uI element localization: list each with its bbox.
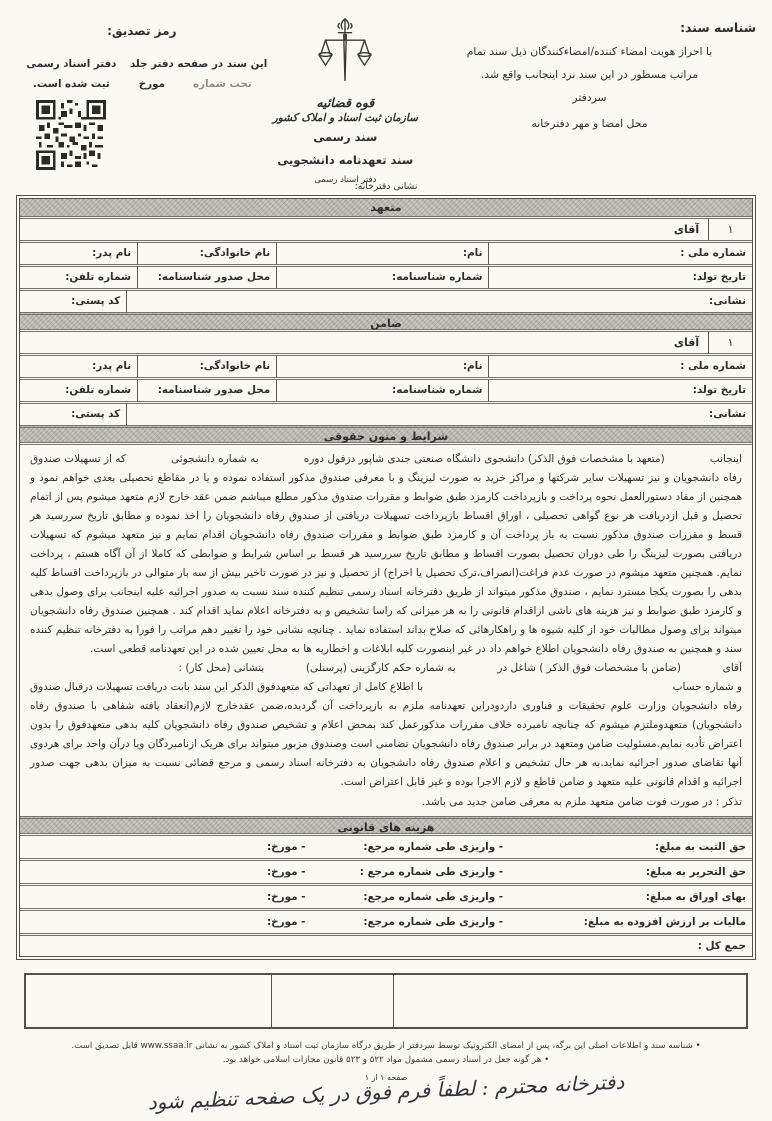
forgery-warning-note: هر گونه جعل در اسناد رسمی مشمول مواد ۵۲۲… — [0, 1055, 772, 1065]
obligor-birth-row: تاریخ تولد: شماره شناسنامه: محل صدور شنا… — [20, 264, 752, 288]
vat-ref-label: - واریزی طی شماره مرجع: — [306, 916, 504, 928]
registration-fee-ref-label: - واریزی طی شماره مرجع: — [306, 841, 504, 853]
intro-part-student: (متعهد با مشخصات فوق الذکر) دانشجوی دانش… — [304, 450, 665, 469]
guarantor-address-label: نشانی: — [126, 404, 752, 425]
obligor-name-row: ۱ آقای — [20, 216, 752, 240]
signature-box-cell-left — [26, 975, 271, 1027]
registration-fee-label: حق الثبت به مبلغ: — [503, 841, 752, 853]
guarantor-part-personnel-no: به شماره حکم کارگزینی (پرسنلی) — [306, 659, 456, 678]
guarantor-birth-date-label: تاریخ تولد: — [488, 380, 752, 401]
footer-notes: شناسه سند و اطلاعات اصلی این برگه، پس از… — [0, 1041, 772, 1065]
obligor-last-name-label: نام خانوادگی: — [137, 243, 276, 264]
obligor-address-row: نشانی: کد پستی: — [20, 288, 752, 312]
deed-form: متعهد ۱ آقای شماره ملی : نام: نام خانواد… — [16, 195, 756, 960]
obligor-certificate-no-label: شماره شناسنامه: — [276, 267, 488, 288]
guarantor-postal-code-label: کد پستی: — [20, 404, 126, 425]
deed-title: سند تعهدنامه دانشجویی — [268, 154, 423, 167]
guarantor-salutation-label: آقای — [674, 332, 708, 353]
qr-code-area — [16, 100, 268, 174]
guarantor-identity-row: شماره ملی : نام: نام خانوادگی: نام پدر: — [20, 353, 752, 377]
verification-note: شناسه سند و اطلاعات اصلی این برگه، پس از… — [0, 1041, 772, 1051]
fees-total-row: جمع کل : — [20, 933, 752, 956]
obligor-salutation-label: آقای — [674, 219, 708, 240]
death-of-guarantor-notice: تذکر : در صورت فوت ضامن متعهد ملزم به مع… — [30, 793, 742, 812]
fee-row-drafting: حق التحریر به مبلغ: - واریزی طی شماره مر… — [20, 858, 752, 883]
guarantor-part-employed: (ضامن با مشخصات فوق الذکر ) شاغل در — [497, 659, 681, 678]
drafting-fee-ref-label: - واریزی طی شماره مرجع : — [306, 866, 504, 878]
blank-fill-space — [30, 659, 137, 678]
legal-intro-line: اینجانب (متعهد با مشخصات فوق الذکر) دانش… — [30, 450, 742, 469]
obligor-phone-label: شماره تلفن: — [20, 267, 137, 288]
registration-table: این سند در صفحه تحت شماره دفتر جلد مورخ … — [16, 58, 268, 90]
guarantor-birth-row: تاریخ تولد: شماره شناسنامه: محل صدور شنا… — [20, 377, 752, 401]
document-id-block: شناسه سند: با احراز هویت امضاء کننده/امض… — [423, 16, 756, 178]
legal-terms-text: اینجانب (متعهد با مشخصات فوق الذکر) دانش… — [20, 442, 752, 816]
document-header: شناسه سند: با احراز هویت امضاء کننده/امض… — [0, 0, 772, 178]
guarantor-certificate-no-label: شماره شناسنامه: — [276, 380, 488, 401]
registration-fee-date-label: - مورخ: — [20, 841, 305, 853]
guarantor-section-header: ضامن — [20, 312, 752, 329]
vat-date-label: - مورخ: — [20, 916, 305, 928]
judiciary-title: قوه قضائیه — [268, 96, 423, 110]
obligor-identity-row: شماره ملی : نام: نام خانوادگی: نام پدر: — [20, 240, 752, 264]
papers-cost-label: بهای اوراق به مبلغ: — [503, 891, 752, 903]
guarantor-name-row: ۱ آقای — [20, 329, 752, 353]
guarantor-part-workplace: بنشانی (محل کار) : — [179, 659, 265, 678]
verification-code-label: رمز تصدیق: — [16, 24, 268, 38]
guarantor-address-row: نشانی: کد پستی: — [20, 401, 752, 425]
emblem-title-block: قوه قضائیه سازمان ثبت اسناد و املاک کشور… — [268, 16, 423, 178]
obligor-first-name-label: نام: — [276, 243, 488, 264]
registered-on-page-label: این سند در صفحه — [177, 58, 268, 70]
identity-confirm-line2: مراتب مسطور در این سند نزد اینجانب واقع … — [423, 68, 756, 81]
guarantor-phone-label: شماره تلفن: — [20, 380, 137, 401]
dated-label: مورخ — [127, 78, 177, 90]
guarantor-first-name-label: نام: — [276, 356, 488, 377]
intro-part-i: اینجانب — [710, 450, 742, 469]
account-part-label: و شماره حساب — [673, 678, 742, 697]
obligor-national-id-label: شماره ملی : — [488, 243, 752, 264]
registration-col-office: دفتر اسناد رسمی ثبت شده است. — [16, 58, 127, 90]
signature-box — [24, 973, 748, 1029]
is-registered-label: ثبت شده است. — [16, 78, 127, 90]
qr-code — [34, 100, 108, 170]
obligor-birth-date-label: تاریخ تولد: — [488, 267, 752, 288]
obligor-address-label: نشانی: — [126, 291, 752, 312]
document-id-label: شناسه سند: — [423, 20, 756, 35]
office-address-label: نشانی دفترخانه: — [0, 181, 772, 192]
official-deed-label: سند رسمی — [268, 131, 423, 144]
obligor-postal-code-label: کد پستی: — [20, 291, 126, 312]
intro-part-student-number: به شماره دانشجوئی — [171, 450, 259, 469]
legal-fees-section-header: هزینه های قانونی — [20, 816, 752, 833]
legal-terms-section-header: شرایط و متون حقوقی — [20, 425, 752, 442]
seal-signature-place-label: محل امضا و مهر دفترخانه — [423, 117, 756, 130]
fees-total-label: جمع کل : — [698, 940, 746, 952]
fee-row-papers: بهای اوراق به مبلغ: - واریزی طی شماره مر… — [20, 883, 752, 908]
fee-row-registration: حق الثبت به مبلغ: - واریزی طی شماره مرجع… — [20, 833, 752, 858]
fee-row-vat: مالیات بر ارزش افزوده به مبلغ: - واریزی … — [20, 908, 752, 933]
guarantor-father-name-label: نام پدر: — [20, 356, 137, 377]
drafting-fee-label: حق التحریر به مبلغ: — [503, 866, 752, 878]
guarantor-certificate-place-label: محل صدور شناسنامه: — [137, 380, 276, 401]
drafting-fee-date-label: - مورخ: — [20, 866, 305, 878]
obligor-section-header: متعهد — [20, 199, 752, 216]
handwritten-note: دفترخانه محترم : لطفاً فرم فوق در یک صفح… — [0, 1063, 772, 1121]
guarantor-last-name-label: نام خانوادگی: — [137, 356, 276, 377]
guarantor-national-id-label: شماره ملی : — [488, 356, 752, 377]
guarantor-employment-line: آقای (ضامن با مشخصات فوق الذکر ) شاغل در… — [30, 659, 742, 678]
justice-scales-icon — [317, 16, 373, 94]
under-number-label: تحت شماره — [177, 78, 268, 90]
notary-office-name-label: دفتر اسناد رسمی — [16, 58, 127, 70]
signature-box-cell-middle — [271, 975, 393, 1027]
obligor-father-name-label: نام پدر: — [20, 243, 137, 264]
obligor-certificate-place-label: محل صدور شناسنامه: — [137, 267, 276, 288]
account-part-awareness: با اطلاع کامل از تعهداتی که متعهدفوق الذ… — [30, 678, 423, 697]
guarantor-part-mr: آقای — [723, 659, 742, 678]
obligor-row-number: ۱ — [708, 219, 752, 240]
account-number-line: و شماره حساب با اطلاع کامل از تعهداتی که… — [30, 678, 742, 697]
signature-box-cell-right — [393, 975, 746, 1027]
vat-label: مالیات بر ارزش افزوده به مبلغ: — [503, 916, 752, 928]
legal-paragraph-guarantor: رفاه دانشجویان وزارت علوم تحقیقات و فناو… — [30, 697, 742, 792]
registrar-label: سردفتر — [423, 91, 756, 104]
book-volume-label: دفتر جلد — [127, 58, 177, 70]
guarantor-row-number: ۱ — [708, 332, 752, 353]
registry-organization-title: سازمان ثبت اسناد و املاک کشور — [268, 112, 423, 124]
registration-col-volume: دفتر جلد مورخ — [127, 58, 177, 90]
scanned-deed-page: شناسه سند: با احراز هویت امضاء کننده/امض… — [0, 0, 772, 1121]
intro-part-fund: که از تسهیلات صندوق — [30, 450, 126, 469]
verification-block: رمز تصدیق: این سند در صفحه تحت شماره دفت… — [16, 16, 268, 178]
papers-cost-date-label: - مورخ: — [20, 891, 305, 903]
registration-col-page: این سند در صفحه تحت شماره — [177, 58, 268, 90]
identity-confirm-line1: با احراز هویت امضاء کننده/امضاءکنندگان ذ… — [423, 45, 756, 58]
papers-cost-ref-label: - واریزی طی شماره مرجع: — [306, 891, 504, 903]
legal-paragraph-obligor: رفاه دانشجویان و نیز تسهیلات سایر شرکتها… — [30, 469, 742, 659]
